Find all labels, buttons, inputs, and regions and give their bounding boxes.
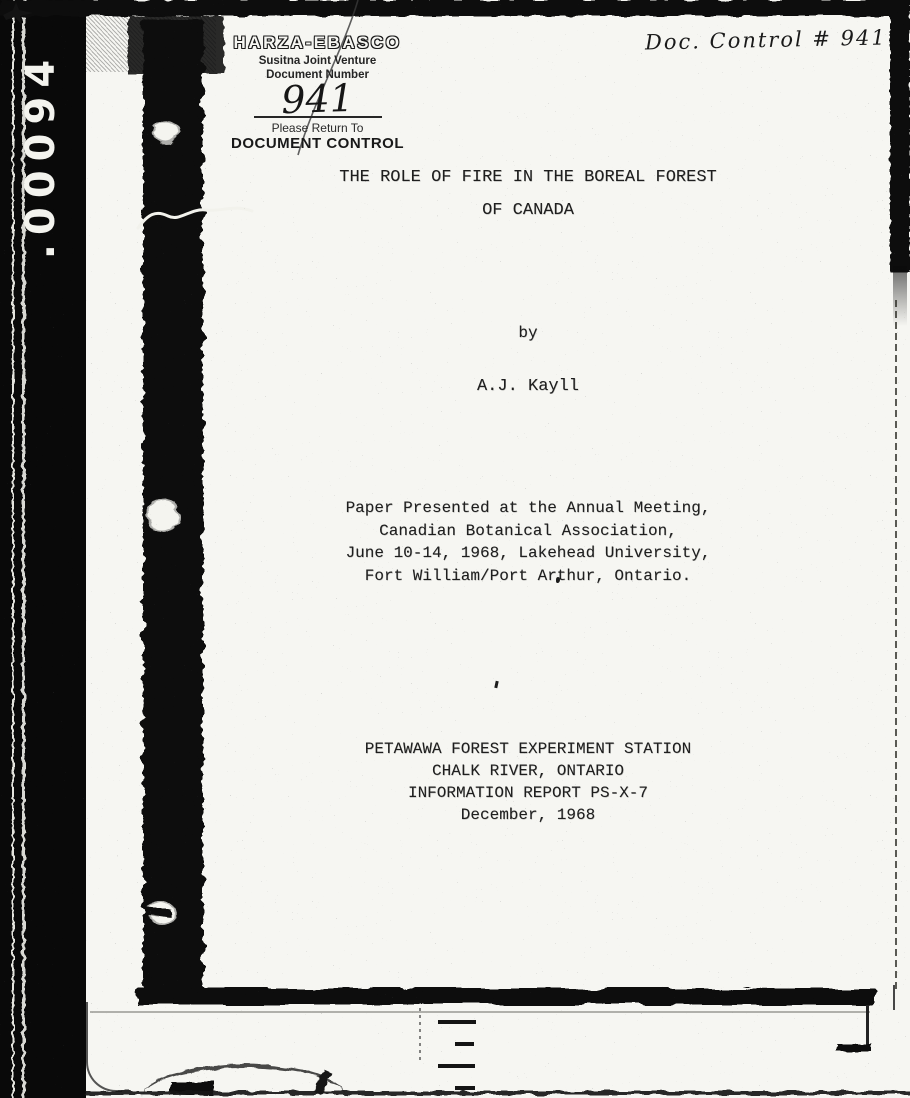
scan-left-edge-band: .00094	[0, 0, 86, 1098]
stamp-return-text: Please Return To	[225, 121, 410, 135]
publisher-block: PETAWAWA FOREST EXPERIMENT STATION CHALK…	[148, 738, 908, 804]
presentation-line: Fort William/Port Arthur, Ontario.	[148, 565, 908, 588]
publication-date: December, 1968	[148, 806, 908, 824]
presentation-line: Canadian Botanical Association,	[148, 520, 908, 543]
corner-bracket-mark	[836, 1044, 871, 1051]
stray-mark	[494, 681, 498, 688]
report-title-line1: THE ROLE OF FIRE IN THE BOREAL FOREST	[148, 168, 908, 188]
stamp-handwritten-number: 941	[225, 81, 411, 117]
corner-bracket-mark	[866, 1005, 869, 1049]
publisher-line: INFORMATION REPORT PS-X-7	[148, 782, 908, 804]
publisher-line: PETAWAWA FOREST EXPERIMENT STATION	[148, 738, 908, 760]
report-title: THE ROLE OF FIRE IN THE BOREAL FOREST OF…	[148, 168, 908, 221]
scan-right-edge-line	[895, 300, 897, 990]
document-control-stamp: HARZA-EBASCO Susitna Joint Venture Docum…	[225, 33, 410, 152]
publisher-line: CHALK RIVER, ONTARIO	[148, 760, 908, 782]
report-title-line2: OF CANADA	[148, 201, 908, 221]
ruler-tick	[455, 1042, 474, 1046]
faint-vertical-line	[419, 1008, 421, 1060]
page-corner-outline	[86, 1002, 122, 1092]
handwritten-doc-control-note: Doc. Control # 941	[645, 25, 887, 54]
underlying-page-edge	[90, 1011, 870, 1013]
stamp-return-text: DOCUMENT CONTROL	[225, 135, 410, 152]
ruler-tick	[438, 1064, 475, 1068]
ruler-tick	[455, 1086, 475, 1090]
presentation-line: Paper Presented at the Annual Meeting,	[148, 497, 908, 520]
scan-scratch-line	[12, 0, 14, 1098]
ruler-tick	[438, 1020, 476, 1024]
presentation-note: Paper Presented at the Annual Meeting, C…	[148, 497, 908, 587]
spine-document-number: .00094	[18, 25, 72, 285]
presentation-line: June 10-14, 1968, Lakehead University,	[148, 542, 908, 565]
stamp-subtitle: Susitna Joint Venture	[225, 55, 410, 67]
scan-right-edge-band	[890, 0, 910, 272]
author-name: A.J. Kayll	[148, 377, 908, 396]
punch-hole	[153, 118, 180, 145]
stamp-company-name: HARZA-EBASCO	[225, 33, 410, 53]
scanned-document-page: .00094 HARZA-EBASCO Susitna Joint Ventur…	[0, 0, 910, 1098]
scan-bottom-line	[84, 1091, 910, 1095]
scan-right-edge-line	[893, 985, 895, 1010]
byline: by	[148, 324, 908, 342]
scan-bottom-band	[138, 988, 874, 1005]
